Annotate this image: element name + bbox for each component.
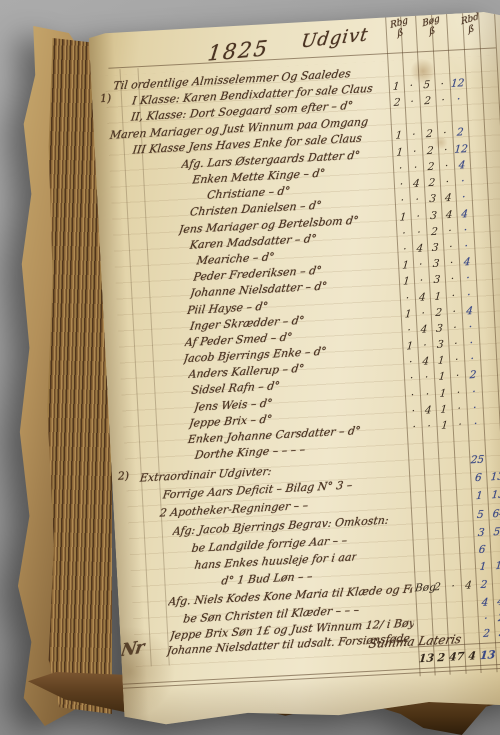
amount-cell: 4	[420, 404, 436, 417]
amount-cell: 64	[488, 507, 500, 520]
amount-cell: ·	[449, 369, 465, 382]
amount-cell: ·	[406, 421, 422, 434]
amount-cell: 1	[392, 146, 408, 159]
amount-cell: 32	[494, 626, 500, 639]
amount-cell: ·	[446, 306, 462, 319]
photograph: 1825 Udgivt Rbg ß Bøg ß Rbd ß 1) 2) Nr T…	[0, 0, 500, 735]
amount-cell: 28	[493, 611, 500, 624]
page-title-heading: Udgivt	[300, 24, 370, 52]
amount-cell: 2	[389, 96, 405, 109]
amount-cell: ·	[438, 144, 454, 157]
amount-cell: ·	[437, 127, 453, 140]
amount-cell: ·	[466, 402, 483, 415]
amount-cell: 1	[395, 211, 411, 224]
amount-cell: 1	[436, 419, 453, 432]
amount-cell: 2	[430, 306, 447, 319]
amount-cell: 4	[440, 192, 456, 205]
amount-cell: ·	[405, 405, 421, 418]
amount-cell: 1	[402, 340, 418, 353]
amount-cell: 6	[470, 471, 487, 484]
amount-cell: ·	[394, 194, 410, 207]
amount-cell: ·	[451, 402, 467, 415]
amount-cell: 25	[469, 453, 486, 466]
amount-cell: ·	[401, 324, 417, 337]
amount-cell: ·	[449, 353, 465, 366]
amount-cell: 3	[473, 526, 490, 539]
amount-cell: 2	[421, 128, 438, 141]
amount-cell: ·	[403, 79, 419, 92]
amount-cell: 4	[418, 355, 434, 368]
amount-cell: ·	[413, 258, 429, 271]
amount-cell: 4	[414, 291, 430, 304]
amount-cell: ·	[438, 160, 454, 173]
amount-cell: ·	[477, 612, 494, 625]
amount-cell: 3	[431, 322, 448, 335]
amount-cell: ·	[415, 307, 431, 320]
amount-cell: 3	[428, 273, 445, 286]
amount-cell: ·	[447, 321, 463, 334]
amount-cell: ·	[404, 389, 420, 402]
amount-cell: 6	[474, 543, 491, 556]
amount-cell: ·	[413, 274, 429, 287]
amount-cell: 2	[419, 95, 436, 108]
amount-cell: Bøg	[415, 582, 431, 595]
entry-text: Jens Weis – d°	[193, 397, 273, 414]
amount-cell: 4	[476, 596, 493, 609]
amount-cell: 2	[423, 176, 440, 189]
amount-cell: ·	[407, 145, 423, 158]
amount-cell: 3	[425, 209, 442, 222]
amount-cell: 13	[487, 488, 500, 501]
amount-cell: ·	[444, 273, 460, 286]
amount-cell: ·	[462, 321, 479, 334]
amount-cell: ·	[393, 178, 409, 191]
amount-cell: ·	[442, 225, 458, 238]
amount-cell: ·	[417, 339, 433, 352]
amount-cell: 2	[464, 369, 481, 382]
amount-cell: ·	[404, 95, 420, 108]
amount-cell: 5	[472, 508, 489, 521]
amount-cell: 1	[398, 259, 414, 272]
amount-cell: ·	[419, 388, 435, 401]
amount-cell: ·	[411, 226, 427, 239]
amount-cell: 1	[391, 129, 407, 142]
amount-cell: 4	[453, 159, 470, 172]
amount-cell: 2	[452, 126, 469, 139]
amount-cell: ·	[490, 542, 500, 555]
total-cell: 13	[479, 648, 496, 662]
amount-cell: 1	[434, 387, 451, 400]
amount-cell: ·	[409, 193, 425, 206]
amount-cell: ·	[406, 128, 422, 141]
amount-cell: 4	[408, 177, 424, 190]
column-header-group-3: Rbd ß	[450, 9, 491, 41]
amount-cell: ·	[464, 353, 481, 366]
amount-cell: ·	[454, 175, 471, 188]
amount-cell: 4	[459, 256, 476, 269]
amount-cell: ·	[452, 418, 468, 431]
amount-cell: 3	[427, 241, 444, 254]
total-cell: 4	[464, 649, 480, 663]
amount-cell: 4	[456, 208, 473, 221]
amount-cell: 3	[432, 338, 449, 351]
amount-cell: ·	[445, 580, 462, 593]
amount-cell: ·	[421, 420, 437, 433]
column-header-group-1: Rbg ß	[384, 14, 415, 43]
amount-cell: 2	[478, 627, 495, 640]
amount-cell: ·	[435, 94, 451, 107]
amount-cell: 1	[398, 275, 414, 288]
amount-cell: 2	[423, 161, 440, 174]
amount-cell: 4	[412, 242, 428, 255]
amount-cell: 1	[429, 290, 446, 303]
amount-cell: ·	[397, 243, 413, 256]
total-cell: 2	[433, 651, 449, 665]
amount-cell: ·	[396, 227, 412, 240]
amount-cell: ·	[403, 356, 419, 369]
amount-cell: 4	[441, 209, 457, 222]
amount-cell: 12	[449, 77, 466, 90]
amount-cell: ·	[450, 93, 467, 106]
amount-cell: 12	[453, 143, 470, 156]
column-header-group-2: Bøg ß	[416, 12, 447, 41]
page-title-year: 1825	[206, 36, 270, 66]
amount-cell: 5	[418, 79, 435, 92]
amount-cell: 48	[492, 595, 500, 608]
amount-cell: 54	[489, 525, 500, 538]
amount-cell: ·	[460, 289, 477, 302]
amount-cell: ·	[443, 241, 459, 254]
total-cell: 13	[418, 651, 434, 665]
amount-cell: 2	[426, 225, 443, 238]
amount-cell: 2	[422, 145, 439, 158]
amount-cell: 4	[460, 579, 476, 592]
amount-cell: 3	[424, 192, 441, 205]
amount-cell: ·	[439, 176, 455, 189]
amount-cell: 2	[475, 578, 492, 591]
amount-cell: 3	[428, 257, 445, 270]
amount-cell: 16	[490, 559, 500, 572]
amount-cell: ·	[465, 386, 482, 399]
amount-cell: 1	[434, 370, 451, 383]
amount-cell: ·	[448, 337, 464, 350]
amount-cell: ·	[467, 418, 484, 431]
amount-cell: ·	[459, 272, 476, 285]
amount-cell: ·	[463, 337, 480, 350]
amount-cell: ·	[404, 372, 420, 385]
amount-cell: ·	[455, 191, 472, 204]
amount-cell: ·	[491, 577, 500, 590]
amount-cell: ·	[419, 371, 435, 384]
ledger-book: 1825 Udgivt Rbg ß Bøg ß Rbd ß 1) 2) Nr T…	[0, 0, 500, 735]
entry-text: Meariche – d°	[196, 250, 275, 267]
amount-cell: 1	[475, 560, 492, 573]
amount-cell: 4	[416, 323, 432, 336]
amount-cell: ·	[399, 292, 415, 305]
amount-cell: 4	[461, 305, 478, 318]
amount-cell: 13	[486, 470, 500, 483]
amount-cell: ·	[408, 161, 424, 174]
amount-cell: 1	[400, 308, 416, 321]
amount-cell: 2	[430, 581, 446, 594]
amount-cell: ·	[445, 290, 461, 303]
total-cell: 47	[448, 650, 465, 664]
amount-cell: 1	[435, 403, 452, 416]
total-cell: 76	[495, 647, 500, 661]
amount-cell: ·	[458, 240, 475, 253]
amount-cell: 1	[471, 489, 488, 502]
amount-cell: 1	[388, 80, 404, 93]
amount-cell: ·	[410, 210, 426, 223]
amount-cell: ·	[457, 224, 474, 237]
amount-cell: ·	[450, 386, 466, 399]
amount-cell: ·	[434, 78, 450, 91]
amount-cell: ·	[393, 162, 409, 175]
amount-cell: ·	[444, 257, 460, 270]
manuscript-page: 1825 Udgivt Rbg ß Bøg ß Rbd ß 1) 2) Nr T…	[89, 11, 500, 728]
amount-cell: 1	[433, 354, 450, 367]
